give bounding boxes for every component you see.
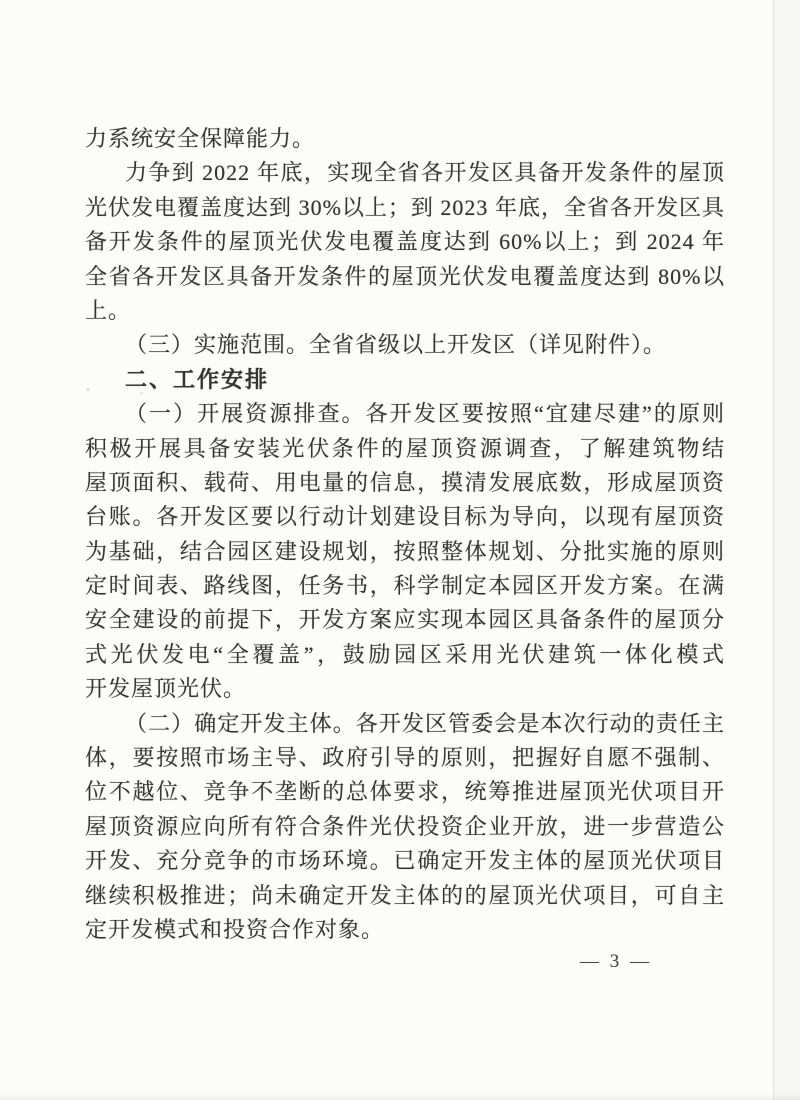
document-page: 力系统安全保障能力。力争到 2022 年底，实现全省各开发区具备开发条件的屋顶光… — [0, 0, 800, 1100]
text-line: 安全建设的前提下，开发方案应实现本园区具备条件的屋顶分布 — [85, 603, 725, 637]
text-line: 台账。各开发区要以行动计划建设目标为导向，以现有屋顶资源 — [85, 500, 725, 534]
text-line: 备开发条件的屋顶光伏发电覆盖度达到 60%以上；到 2024 年底， — [85, 225, 725, 259]
document-body: 力系统安全保障能力。力争到 2022 年底，实现全省各开发区具备开发条件的屋顶光… — [85, 122, 725, 947]
section-heading: 二、工作安排 — [85, 363, 725, 397]
text-line: （一）开展资源排查。各开发区要按照“宜建尽建”的原则 — [85, 397, 725, 431]
text-line: 开发、充分竞争的市场环境。已确定开发主体的屋顶光伏项目应 — [85, 844, 725, 878]
text-line: 定开发模式和投资合作对象。 — [85, 913, 725, 947]
text-line: （三）实施范围。全省省级以上开发区（详见附件）。 — [85, 328, 725, 362]
text-line: 力系统安全保障能力。 — [85, 122, 725, 156]
text-line: 光伏发电覆盖度达到 30%以上；到 2023 年底，全省各开发区具 — [85, 191, 725, 225]
text-line: 全省各开发区具备开发条件的屋顶光伏发电覆盖度达到 80%以 — [85, 260, 725, 294]
text-line: 为基础，结合园区建设规划，按照整体规划、分批实施的原则确 — [85, 535, 725, 569]
text-line: （二）确定开发主体。各开发区管委会是本次行动的责任主 — [85, 707, 725, 741]
text-line: 体，要按照市场主导、政府引导的原则，把握好自愿不强制、到 — [85, 741, 725, 775]
text-line: 开发屋顶光伏。 — [85, 672, 725, 706]
text-line: 积极开展具备安装光伏条件的屋顶资源调查，了解建筑物结构、 — [85, 432, 725, 466]
text-line: 力争到 2022 年底，实现全省各开发区具备开发条件的屋顶 — [85, 156, 725, 190]
scan-shadow-bottom — [0, 1093, 800, 1100]
scan-edge-right — [773, 0, 800, 1100]
text-line: 屋顶面积、载荷、用电量的信息，摸清发展底数，形成屋顶资源 — [85, 466, 725, 500]
text-line: 式光伏发电“全覆盖”，鼓励园区采用光伏建筑一体化模式（BIPV） — [85, 638, 725, 672]
page-number: — 3 — — [580, 951, 652, 973]
text-line: 上。 — [85, 294, 725, 328]
text-line: 定时间表、路线图，任务书，科学制定本园区开发方案。在满足 — [85, 569, 725, 603]
text-line: 屋顶资源应向所有符合条件光伏投资企业开放，进一步营造公平 — [85, 810, 725, 844]
text-line: 继续积极推进；尚未确定开发主体的的屋顶光伏项目，可自主确 — [85, 879, 725, 913]
text-line: 位不越位、竞争不垄断的总体要求，统筹推进屋顶光伏项目开发， — [85, 775, 725, 809]
